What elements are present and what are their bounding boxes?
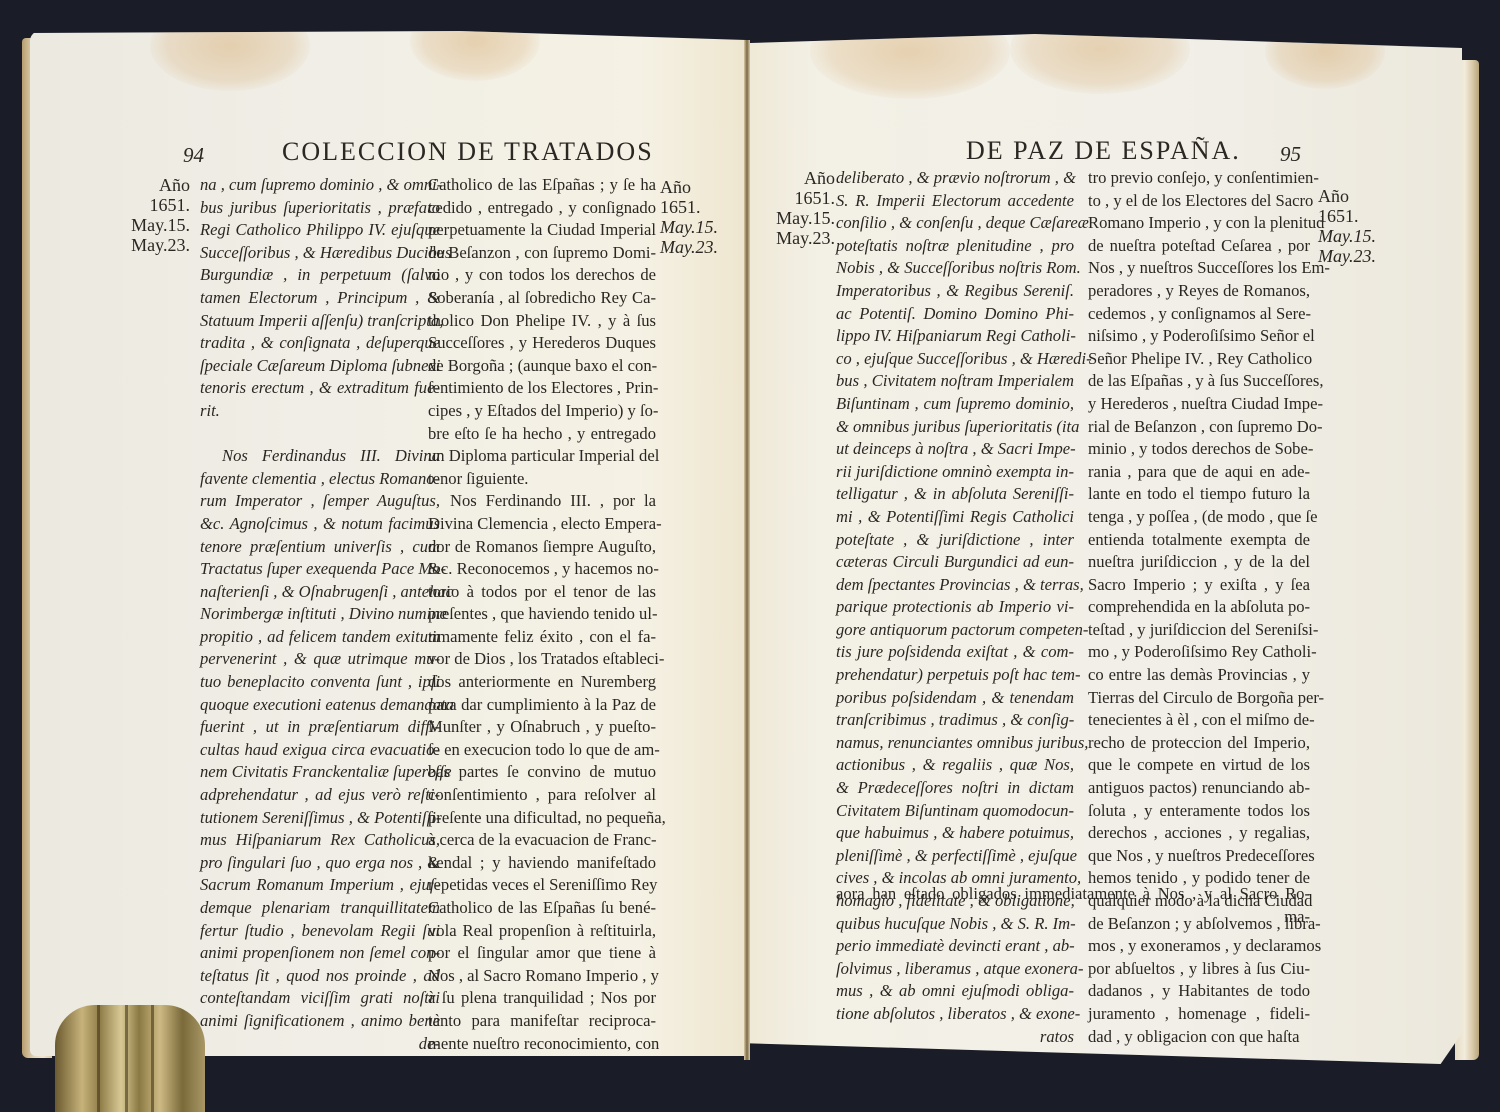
text-line: bus juribus ſuperioritatis , præfato xyxy=(200,197,440,220)
text-line: Munſter , y Oſnabruch , y pueſto- xyxy=(428,716,656,739)
text-line: y Herederos , nueſtra Ciudad Impe- xyxy=(1088,393,1310,416)
text-line: teſtad , y juriſdiccion del Sereniſsi- xyxy=(1088,619,1310,642)
water-stain xyxy=(410,31,540,81)
text-line: mus , & ab omni ejuſmodi obliga- xyxy=(836,980,1074,1003)
text-line: conteſtandam viciſſim grati noſtri xyxy=(200,987,440,1010)
text-line: rit. xyxy=(200,400,440,423)
text-line: de- xyxy=(200,1033,440,1056)
text-line: fertur ſtudio , benevolam Regii ſui xyxy=(200,920,440,943)
text-line: &c. Agnoſcimus , & notum facimus xyxy=(200,513,440,536)
text-line: de las Eſpañas , y à ſus Succeſſores, xyxy=(1088,370,1310,393)
text-line: mus Hiſpaniarum Rex Catholicus, xyxy=(200,829,440,852)
text-line: ratos xyxy=(836,1026,1074,1049)
text-line: parique protectionis ab Imperio vi- xyxy=(836,596,1074,619)
margin-date-note: Año 1651. May.15. May.23. xyxy=(1318,186,1398,266)
text-line: conſilio , & conſenſu , deque Cæſareæ xyxy=(836,212,1074,235)
text-line: Tierras del Circulo de Borgoña per- xyxy=(1088,687,1310,710)
text-line: ſe en execucion todo lo que de am- xyxy=(428,739,656,762)
text-line: tanto para manifeſtar reciproca- xyxy=(428,1010,656,1033)
spanish-text-column: Catholico de las Eſpañas ; y ſe hacedido… xyxy=(428,174,656,1056)
text-line: dem ſpectantes Provincias , & terras, xyxy=(836,574,1074,597)
text-line: Nos , y nueſtros Succeſſores los Em- xyxy=(1088,257,1310,280)
text-line: lante en todo el tiempo futuro la xyxy=(1088,483,1310,506)
text-line: nem Civitatis Franckentaliæ ſupereſſe xyxy=(200,761,440,784)
text-line: bas partes ſe convino de mutuo xyxy=(428,761,656,784)
text-line: cedemos , y conſignamos al Sere- xyxy=(1088,303,1310,326)
text-line: telligatur , & in abſoluta Sereniſſi- xyxy=(836,483,1074,506)
text-line: de Borgoña ; (aunque baxo el con- xyxy=(428,355,656,378)
text-line: vola Real propenſion à reſtituirla, xyxy=(428,920,656,943)
text-line: cipes , y Eſtados del Imperio) y ſo- xyxy=(428,400,656,423)
right-page: DE PAZ DE ESPAÑA. 95 Año 1651. May.15. M… xyxy=(750,34,1462,1064)
text-line: de Beſanzon , con ſupremo Domi- xyxy=(428,242,656,265)
text-line: Sacro Imperio ; y exiſta , y ſea xyxy=(1088,574,1310,597)
text-line: repetidas veces el Sereniſſimo Rey xyxy=(428,874,656,897)
text-line: ánimo bien deliberado , y con nueſ- xyxy=(428,1055,656,1056)
text-line: Succeſſoribus , & Hæredibus Ducibus xyxy=(200,242,440,265)
latin-text-column: na , cum ſupremo dominio , & omni-bus ju… xyxy=(200,174,440,1055)
text-line: pleniſſimè , & perfectiſſimè , ejuſque xyxy=(836,845,1074,868)
text-line: ac Potentiſ. Domino Domino Phi- xyxy=(836,303,1074,326)
text-line: Nos Ferdinandus III. Divina xyxy=(200,445,440,468)
text-line: tione abſolutos , liberatos , & exone- xyxy=(836,1003,1074,1026)
text-line: que le compete en virtud de los xyxy=(1088,754,1310,777)
text-line: recho de proteccion del Imperio, xyxy=(1088,732,1310,755)
text-line: derechos , acciones , y regalias, xyxy=(1088,822,1310,845)
text-line: tranſcribimus , tradimus , & conſig- xyxy=(836,709,1074,732)
text-line: Statuum Imperii aſſenſu) tranſcripta, xyxy=(200,310,440,333)
left-page: 94 COLECCION DE TRATADOS Año 1651. May.1… xyxy=(30,31,746,1056)
margin-date-note: Año 1651. May.15. May.23. xyxy=(760,168,835,248)
text-line: animi ſignificationem , animo benè xyxy=(200,1010,440,1033)
text-line: rum Imperator , ſemper Auguſtus, xyxy=(200,490,440,513)
text-line: un Diploma particular Imperial del xyxy=(428,445,656,468)
text-line: actionibus , & regaliis , quæ Nos, xyxy=(836,754,1074,777)
water-stain xyxy=(1010,34,1190,94)
text-line: dos anteriormente en Nuremberg xyxy=(428,671,656,694)
text-line: animi propenſionem non ſemel con- xyxy=(200,942,440,965)
text-line: dor de Romanos ſiempre Auguſto, xyxy=(428,536,656,559)
text-line: nio , y con todos los derechos de xyxy=(428,264,656,287)
running-head: DE PAZ DE ESPAÑA. xyxy=(966,136,1241,166)
text-line: torio à todos por el tenor de las xyxy=(428,581,656,604)
text-line: Catholico de las Eſpañas ; y ſe ha xyxy=(428,174,656,197)
water-stain xyxy=(1265,34,1385,89)
page-number: 94 xyxy=(183,143,204,168)
text-line: gore antiquorum pactorum competen- xyxy=(836,619,1074,642)
text-line: Soberanía , al ſobredicho Rey Ca- xyxy=(428,287,656,310)
text-line: kendal ; y haviendo manifeſtado xyxy=(428,852,656,875)
text-line: tenoris erectum , & extraditum fue- xyxy=(200,377,440,400)
text-line: que habuimus , & habere potuimus, xyxy=(836,822,1074,845)
text-line: antiguos pactos) renunciando ab- xyxy=(1088,777,1310,800)
text-line: Tractatus ſuper exequenda Pace Mo- xyxy=(200,558,440,581)
text-line: poteſtate , & juriſdictione , inter xyxy=(836,529,1074,552)
text-line: Nobis , & Succeſſoribus noſtris Rom. xyxy=(836,257,1074,280)
text-line: tuo beneplacito conventa ſunt , ipſi xyxy=(200,671,440,694)
text-line: Succeſſores , y Herederos Duques xyxy=(428,332,656,355)
text-line: juramento , homenage , fideli- xyxy=(1088,1003,1310,1026)
text-line: Romano Imperio , y con la plenitud xyxy=(1088,212,1310,235)
text-line: mo , y Poderoſiſsimo Rey Catholi- xyxy=(1088,641,1310,664)
running-head: COLECCION DE TRATADOS xyxy=(282,137,654,167)
text-line: por abſueltos , y libres à ſus Ciu- xyxy=(1088,958,1310,981)
text-line: prehendatur) perpetuis poſt hac tem- xyxy=(836,664,1074,687)
text-line: peradores , y Reyes de Romanos, xyxy=(1088,280,1310,303)
text-line: Nos , al Sacro Romano Imperio , y xyxy=(428,965,656,988)
text-line: mos , y exoneramos , y declaramos xyxy=(1088,935,1310,958)
text-line: Biſuntinam , cum ſupremo dominio, xyxy=(836,393,1074,416)
text-line: naſterienſi , & Oſnabrugenſi , antehac xyxy=(200,581,440,604)
text-line: cultas haud exigua circa evacuatio- xyxy=(200,739,440,762)
text-line: ſentimiento de los Electores , Prin- xyxy=(428,377,656,400)
text-line: Nos Ferdinando III. , por la xyxy=(428,490,656,513)
text-line: to , y el de los Electores del Sacro xyxy=(1088,190,1310,213)
text-line: & omnibus juribus ſuperioritatis (ita xyxy=(836,416,1074,439)
text-line: conſentimiento , para reſolver al xyxy=(428,784,656,807)
text-line: Norimbergæ inſtituti , Divino numine xyxy=(200,603,440,626)
text-line: fuerint , ut in præſentiarum diffi- xyxy=(200,716,440,739)
text-line: namus, renunciantes omnibus juribus, xyxy=(836,732,1074,755)
text-line: & Prædeceſſores noſtri in dictam xyxy=(836,777,1074,800)
text-line: Imperatoribus , & Regibus Sereniſ. xyxy=(836,280,1074,303)
catchword: ma- xyxy=(836,906,1310,929)
page-number: 95 xyxy=(1280,142,1301,167)
text-line: Burgundiæ , in perpetuum (ſalvo xyxy=(200,264,440,287)
text-line: rial de Beſanzon , con ſupremo Do- xyxy=(1088,416,1310,439)
text-line: perio immediatè devincti erant , ab- xyxy=(836,935,1074,958)
text-line: pro ſingulari ſuo , quo erga nos , & xyxy=(200,852,440,875)
text-line: de nueſtra poteſtad Ceſarea , por xyxy=(1088,235,1310,258)
text-line: tenecientes à èl , con el miſmo de- xyxy=(1088,709,1310,732)
text-line: tradita , & conſignata , deſuperque xyxy=(200,332,440,355)
text-line: timamente feliz éxito , con el fa- xyxy=(428,626,656,649)
text-line: dadanos , y Habitantes de todo xyxy=(1088,980,1310,1003)
water-stain xyxy=(150,31,310,91)
text-line: poribus poſsidendam , & tenendam xyxy=(836,687,1074,710)
text-line: por el ſingular amor que tiene à xyxy=(428,942,656,965)
text-line: quoque executioni eatenus demandata xyxy=(200,694,440,717)
text-line: tis jure poſsidenda exiſtat , & com- xyxy=(836,641,1074,664)
text-line: adprehendatur , ad ejus verò reſti- xyxy=(200,784,440,807)
text-line: poteſtatis noſtræ plenitudine , pro xyxy=(836,235,1074,258)
text-line: demque plenariam tranquillitatem xyxy=(200,897,440,920)
text-line: pervenerint , & quæ utrimque mu- xyxy=(200,648,440,671)
text-line: lippo IV. Hiſpaniarum Regi Catholi- xyxy=(836,325,1074,348)
text-line: &c. Reconocemos , y hacemos no- xyxy=(428,558,656,581)
brass-page-weight xyxy=(55,1005,205,1112)
text-line: à ſu plena tranquilidad ; Nos por xyxy=(428,987,656,1010)
margin-date-note: Año 1651. May.15. May.23. xyxy=(660,177,740,257)
text-line: deliberato , & prævio noſtrorum , & xyxy=(836,167,1074,190)
water-stain xyxy=(810,34,1010,99)
text-line: ut deinceps à noſtra , & Sacri Impe- xyxy=(836,438,1074,461)
text-line: preſentes , que haviendo tenido ul- xyxy=(428,603,656,626)
text-line: Catholico de las Eſpañas ſu bené- xyxy=(428,897,656,920)
text-line: co entre las demàs Provincias , y xyxy=(1088,664,1310,687)
text-line: tenor ſiguiente. xyxy=(428,468,656,491)
text-line: cæteras Circuli Burgundici ad eun- xyxy=(836,551,1074,574)
text-line: teſtatus ſit , quod nos proinde , ad xyxy=(200,965,440,988)
text-line: tenore præſentium univerſis , cum xyxy=(200,536,440,559)
text-line: rania , para que de aqui en ade- xyxy=(1088,461,1310,484)
paragraph-gap xyxy=(200,423,440,446)
text-line: co , ejuſque Succeſſoribus , & Hæredi- xyxy=(836,348,1074,371)
text-line: na , cum ſupremo dominio , & omni- xyxy=(200,174,440,197)
text-line: tenga , y poſſea , (de modo , que ſe xyxy=(1088,506,1310,529)
text-line: tro previo conſejo, y conſentimien- xyxy=(1088,167,1310,190)
text-line: vor de Dios , los Tratados eſtableci- xyxy=(428,648,656,671)
text-line: Sacrum Romanum Imperium , ejuſ- xyxy=(200,874,440,897)
text-line: S. R. Imperii Electorum accedente xyxy=(836,190,1074,213)
text-line: bus , Civitatem noſtram Imperialem xyxy=(836,370,1074,393)
text-line: comprehendida en la abſoluta po- xyxy=(1088,596,1310,619)
text-line: minio , y todos derechos de Sobe- xyxy=(1088,438,1310,461)
text-line: bre eſto ſe ha hecho , y entregado xyxy=(428,423,656,446)
text-line: Divina Clemencia , electo Empera- xyxy=(428,513,656,536)
text-line: entienda totalmente exempta de xyxy=(1088,529,1310,552)
text-line: que Nos , y nueſtros Predeceſſores xyxy=(1088,845,1310,868)
book-gutter xyxy=(744,40,750,1060)
text-line: Señor Phelipe IV. , Rey Catholico xyxy=(1088,348,1310,371)
text-line: Regi Catholico Philippo IV. ejuſque xyxy=(200,219,440,242)
text-line: tamen Electorum , Principum , & xyxy=(200,287,440,310)
text-line: para dar cumplimiento à la Paz de xyxy=(428,694,656,717)
text-line: perpetuamente la Ciudad Imperial xyxy=(428,219,656,242)
text-line: dad , y obligacion con que haſta xyxy=(1088,1026,1310,1049)
text-line: rii juriſdictione omninò exempta in- xyxy=(836,461,1074,484)
text-line: cedido , entregado , y conſignado xyxy=(428,197,656,220)
text-line: mi , & Potentiſſimi Regis Catholici xyxy=(836,506,1074,529)
text-line: niſsimo , y Poderoſiſsimo Señor el xyxy=(1088,325,1310,348)
text-line: favente clementia , electus Romano- xyxy=(200,468,440,491)
text-line: Civitatem Biſuntinam quomodocun- xyxy=(836,800,1074,823)
bottom-full-width-line: aora han eſtado obligados immediatamente… xyxy=(836,883,1310,928)
text-line: mente nueſtro reconocimiento, con xyxy=(428,1033,656,1056)
text-line: ſolvimus , liberamus , atque exonera- xyxy=(836,958,1074,981)
text-line: tutionem Sereniſſimus , & Potentiſſi- xyxy=(200,807,440,830)
margin-date-note: Año 1651. May.15. May.23. xyxy=(110,175,190,255)
text-line: preſente una dificultad, no pequeña, xyxy=(428,807,656,830)
text-line: ſpeciale Cæſareum Diploma ſubnexi xyxy=(200,355,440,378)
text-line: nueſtra juriſdiccion , y de la del xyxy=(1088,551,1310,574)
text-line: à cerca de la evacuacion de Franc- xyxy=(428,829,656,852)
text-line: ſoluta , y enteramente todos los xyxy=(1088,800,1310,823)
text-line: tholico Don Phelipe IV. , y à ſus xyxy=(428,310,656,333)
text-line: propitio , ad felicem tandem exitum xyxy=(200,626,440,649)
